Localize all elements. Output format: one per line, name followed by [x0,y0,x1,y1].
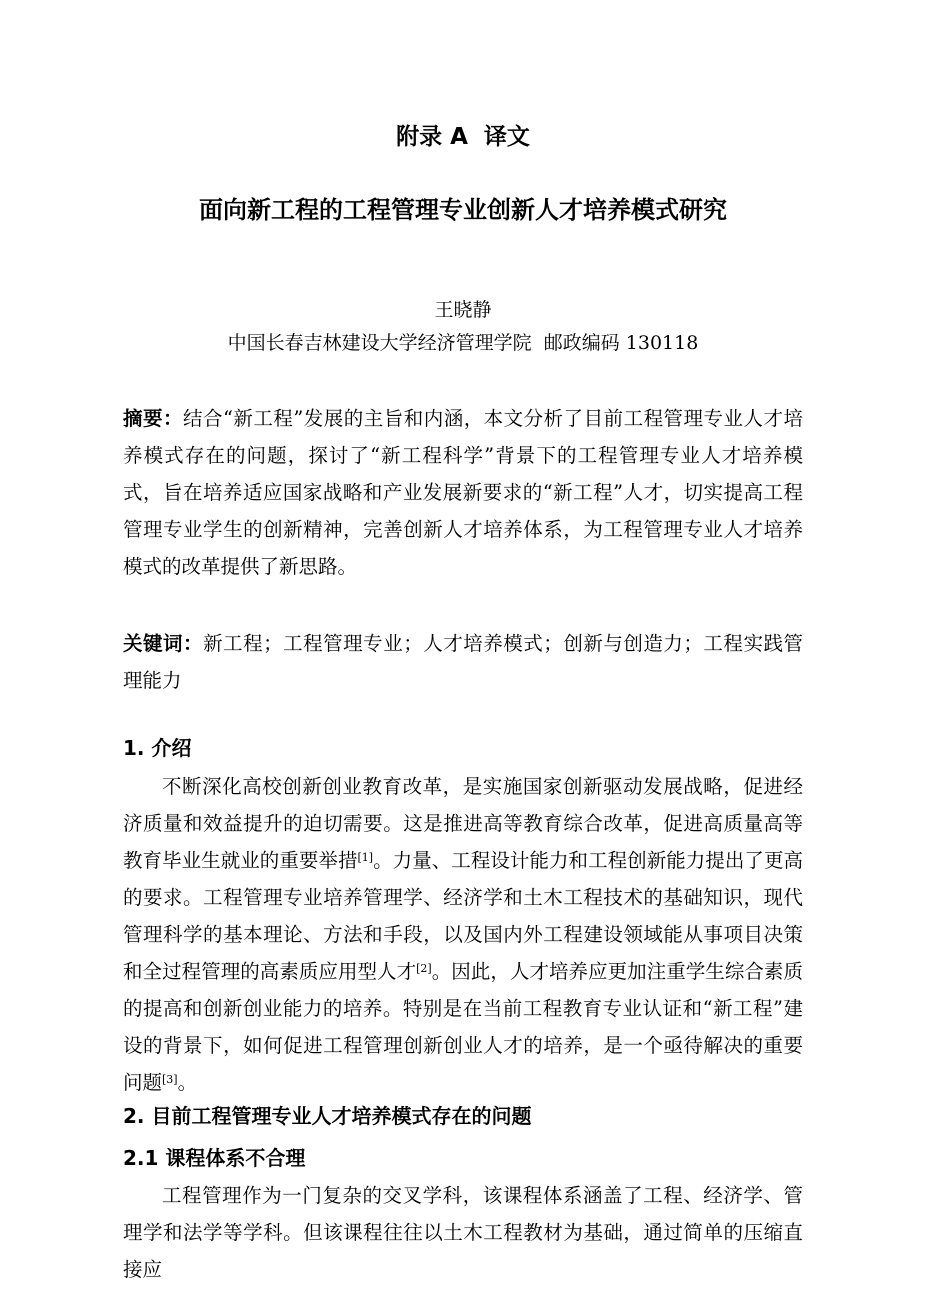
intro-text-part-4: 。 [178,1071,198,1094]
author-affiliation: 中国长春吉林建设大学经济管理学院 邮政编码 130118 [123,327,803,360]
section-2-1-heading: 2.1 课程体系不合理 [123,1145,803,1171]
appendix-title: 附录 A 译文 [123,122,803,152]
section-2-1-paragraph: 工程管理作为一门复杂的交叉学科，该课程体系涵盖了工程、经济学、管理学和法学等学科… [123,1177,803,1288]
author-name: 王晓静 [123,294,803,327]
section-2-heading: 2. 目前工程管理专业人才培养模式存在的问题 [123,1103,803,1129]
abstract-paragraph: 摘要：结合“新工程”发展的主旨和内涵，本文分析了目前工程管理专业人才培养模式存在… [123,400,803,585]
citation-ref-3: [3] [162,1073,178,1086]
document-page: 附录 A 译文 面向新工程的工程管理专业创新人才培养模式研究 王晓静 中国长春吉… [0,0,926,1309]
keywords-paragraph: 关键词：新工程；工程管理专业；人才培养模式；创新与创造力；工程实践管理能力 [123,625,803,699]
keywords-text: 新工程；工程管理专业；人才培养模式；创新与创造力；工程实践管理能力 [123,632,803,692]
paper-title: 面向新工程的工程管理专业创新人才培养模式研究 [123,195,803,226]
abstract-label: 摘要： [123,407,183,430]
abstract-text: 结合“新工程”发展的主旨和内涵，本文分析了目前工程管理专业人才培养模式存在的问题… [123,407,803,578]
citation-ref-1: [1] [358,851,374,864]
section-1-heading: 1. 介绍 [123,735,803,761]
citation-ref-2: [2] [416,962,432,975]
keywords-label: 关键词： [123,632,203,655]
intro-paragraph: 不断深化高校创新创业教育改革，是实施国家创新驱动发展战略，促进经济质量和效益提升… [123,768,803,1101]
